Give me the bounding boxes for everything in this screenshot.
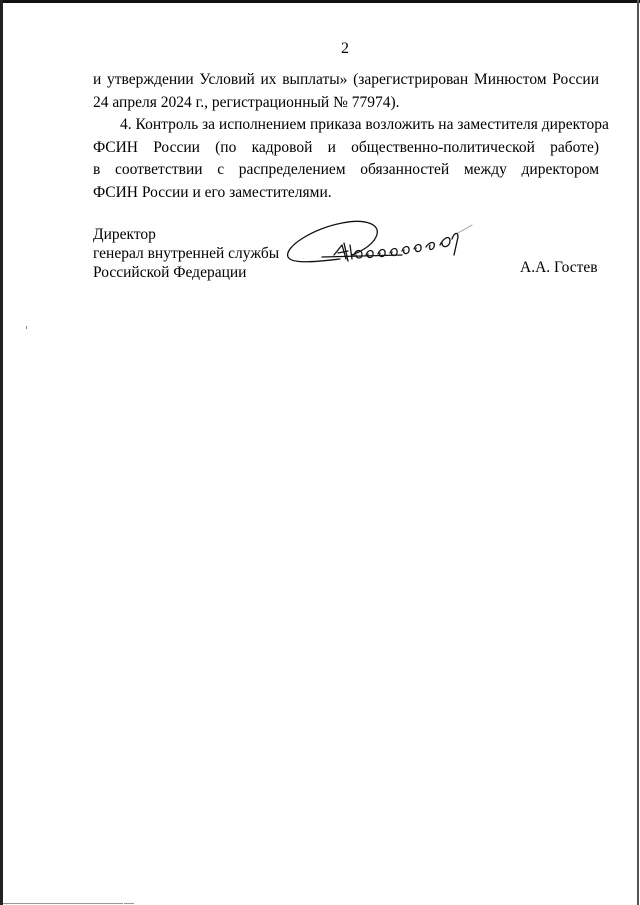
- signatory-rank-cont: Российской Федерации: [93, 263, 279, 282]
- signatory-position: Директор: [93, 225, 279, 244]
- signatory-name: А.А. Гостев: [520, 259, 598, 277]
- text-line: ФСИН России (по кадровой и общественно-п…: [93, 137, 599, 160]
- text-line: в соответствии с распределением обязанно…: [93, 159, 599, 182]
- body-text: и утверждении Условий их выплаты» (зарег…: [93, 69, 599, 204]
- signatory-rank: генерал внутренней службы: [93, 244, 279, 263]
- page-number: 2: [0, 40, 640, 58]
- scan-speck: [26, 326, 27, 329]
- scan-edge-right: [637, 0, 639, 905]
- document-page: 2 и утверждении Условий их выплаты» (зар…: [0, 0, 640, 905]
- text-line: и утверждении Условий их выплаты» (зарег…: [93, 69, 599, 92]
- text-line: 24 апреля 2024 г., регистрационный № 779…: [93, 92, 599, 115]
- scan-edge-top: [0, 0, 640, 3]
- scan-edge-left: [0, 0, 3, 905]
- signature-icon: [282, 215, 482, 280]
- signatory-title: Директор генерал внутренней службы Росси…: [93, 225, 279, 282]
- text-line: ФСИН России и его заместителями.: [93, 182, 599, 205]
- text-line: 4. Контроль за исполнением приказа возло…: [93, 114, 599, 137]
- scan-edge-bottom-fragment: [124, 903, 134, 904]
- scan-edge-bottom: [3, 903, 123, 904]
